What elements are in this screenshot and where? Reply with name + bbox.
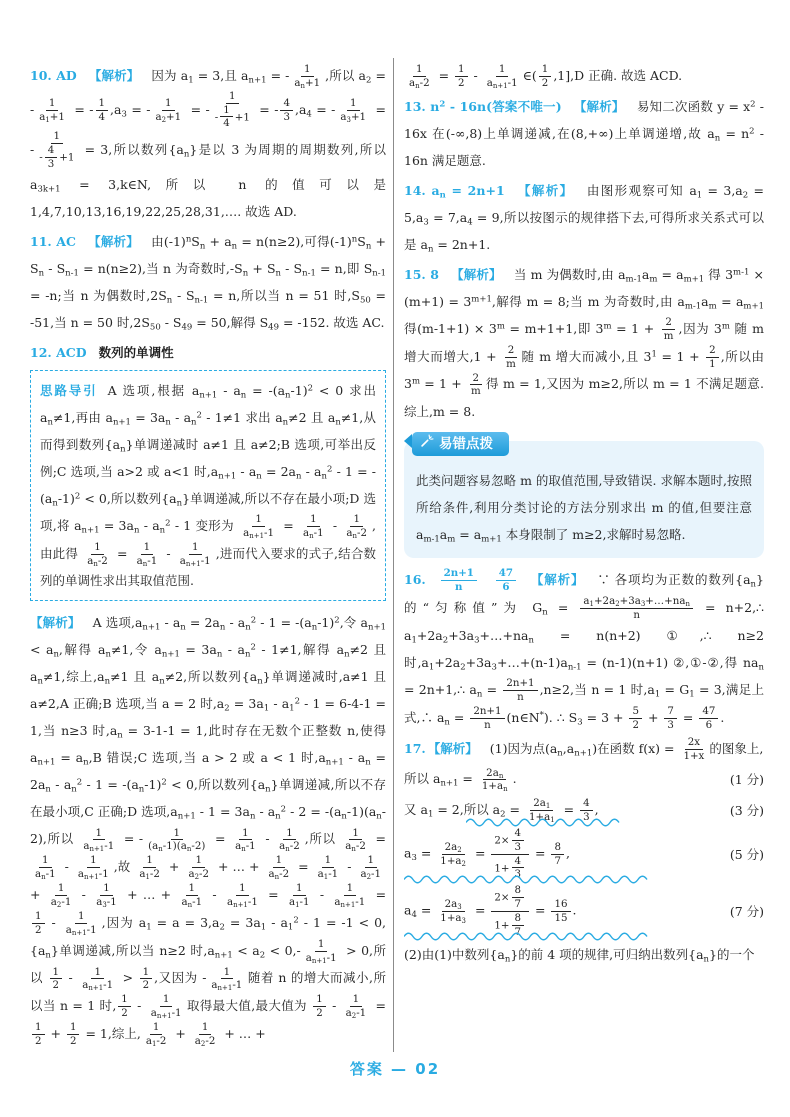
step-3-expression: a3 = 2a21+a2 = 2×431+43 = 87, [404,827,570,881]
problem-12-analysis-body: A 选项,an+1 - an = 2an - an2 - 1 = -(an-1)… [30,615,386,1041]
problem-15-label: 15. 8 [404,267,439,282]
problem-11-analysis-tag: 【解析】 [88,234,139,249]
solution-step-1: 所以 an+1 = 2an1+an. (1 分) [404,765,764,793]
problem-12-analysis: 【解析】 A 选项,an+1 - an = 2an - an2 - 1 = -(… [30,609,386,1048]
problem-15-body: 当 m 为偶数时,由 am-1am = am+1 得 3m-1 × (m+1) … [404,267,764,419]
tip-box-badge: 易错点拨 [412,432,509,456]
problem-17-part2: (2)由(1)中数列{an}的前 4 项的规律,可归纳出数列{an}的一个 [404,941,764,968]
problem-13: 13. n2 - 16n(答案不唯一) 【解析】 易知二次函数 y = x2 -… [404,93,764,174]
solution-step-3: a3 = 2a21+a2 = 2×431+43 = 87, (5 分) [404,827,764,881]
right-column: 1an-2 = 12 - 1an+1-1∈(12,1],D 正确. 故选 ACD… [404,62,764,1060]
problem-16: 16. 2n+1n 476 【解析】 ∵ 各项均为正数的数列{an}的“匀称值”… [404,566,764,731]
problem-16-answer-1: 2n+1n [439,572,479,587]
tip-box-body: 此类问题容易忽略 m 的取值范围,导致错误. 求解本题时,按照所给条件,利用分类… [416,473,752,542]
problem-17-part2-body: (2)由(1)中数列{an}的前 4 项的规律,可归纳出数列{an}的一个 [404,947,754,962]
problem-17-analysis-tag: 【解析】 [428,741,478,756]
problem-12-continuation: 1an-2 = 12 - 1an+1-1∈(12,1],D 正确. 故选 ACD… [404,62,764,90]
step-4-expression: a4 = 2a31+a3 = 2×871+87 = 1615. [404,884,577,938]
solution-step-2: 又 a1 = 2,所以 a2 = 2a11+a1 = 43, (3 分) [404,796,764,824]
problem-14-label: 14. an = 2n+1 [404,183,505,198]
step-2-expression: 又 a1 = 2,所以 a2 = 2a11+a1 = 43, [404,796,599,824]
problem-16-analysis-tag: 【解析】 [531,572,585,587]
problem-17-intro-body: (1)因为点(an,an+1)在函数 f(x) = 2x1+x的图象上, [490,741,764,756]
step-3-score: (5 分) [730,841,764,868]
problem-17-intro: 17.【解析】 (1)因为点(an,an+1)在函数 f(x) = 2x1+x的… [404,735,764,763]
guide-box-body: A 选项,根据 an+1 - an = -(an-1)2 < 0 求出 an≠1… [40,383,376,589]
problem-16-body: ∵ 各项均为正数的数列{an}的“匀称值”为 Gn = a1+2a2+3a3+…… [404,572,764,724]
tip-box: 易错点拨 此类问题容易忽略 m 的取值范围,导致错误. 求解本题时,按照所给条件… [404,441,764,558]
problem-12-continuation-body: 1an-2 = 12 - 1an+1-1∈(12,1],D 正确. 故选 ACD… [404,68,682,83]
page-footer: 答案 — 02 [0,1058,790,1079]
problem-12-analysis-tag: 【解析】 [30,615,81,630]
tip-box-title: 易错点拨 [439,431,493,458]
step-4-score: (7 分) [730,898,764,925]
problem-11: 11. AC 【解析】 由(-1)nSn + an = n(n≥2),可得(-1… [30,228,386,336]
answer-page: { "colors": {"accent": "#29abe2", "text"… [0,0,790,1117]
step-1-score: (1 分) [730,766,764,793]
problem-16-answer-2: 476 [494,572,518,587]
problem-10-label: 10. AD [30,68,77,83]
problem-11-label: 11. AC [30,234,76,249]
wand-icon [420,431,439,458]
step-2-score: (3 分) [730,797,764,824]
solution-step-4: a4 = 2a31+a3 = 2×871+87 = 1615. (7 分) [404,884,764,938]
problem-16-number: 16. [404,572,426,587]
problem-10-body: 因为 a1 = 3,且 an+1 = -1an+1,所以 a2 = -1a1+1… [30,68,386,219]
problem-15-analysis-tag: 【解析】 [451,267,502,282]
problem-12-header: 12. ACD 数列的单调性 [30,339,386,366]
guide-box-title: 思路导引 [40,383,98,398]
problem-17-number: 17. [404,741,426,756]
problem-13-label: 13. n2 - 16n(答案不唯一) [404,99,562,114]
guide-box: 思路导引A 选项,根据 an+1 - an = -(an-1)2 < 0 求出 … [30,370,386,602]
column-divider [393,58,394,1052]
problem-12-knowledge-point: 数列的单调性 [99,345,174,360]
problem-11-body: 由(-1)nSn + an = n(n≥2),可得(-1)nSn + Sn - … [30,234,386,330]
problem-12-label: 12. ACD [30,345,87,360]
problem-14: 14. an = 2n+1 【解析】 由图形观察可知 a1 = 3,a2 = 5… [404,177,764,258]
problem-14-analysis-tag: 【解析】 [518,183,574,198]
problem-15: 15. 8 【解析】 当 m 为偶数时,由 am-1am = am+1 得 3m… [404,261,764,425]
problem-13-analysis-tag: 【解析】 [574,99,625,114]
step-1-expression: 所以 an+1 = 2an1+an. [404,765,517,793]
problem-10-analysis-tag: 【解析】 [89,68,139,83]
problem-10: 10. AD 【解析】 因为 a1 = 3,且 an+1 = -1an+1,所以… [30,62,386,225]
left-column: 10. AD 【解析】 因为 a1 = 3,且 an+1 = -1an+1,所以… [30,62,386,1060]
